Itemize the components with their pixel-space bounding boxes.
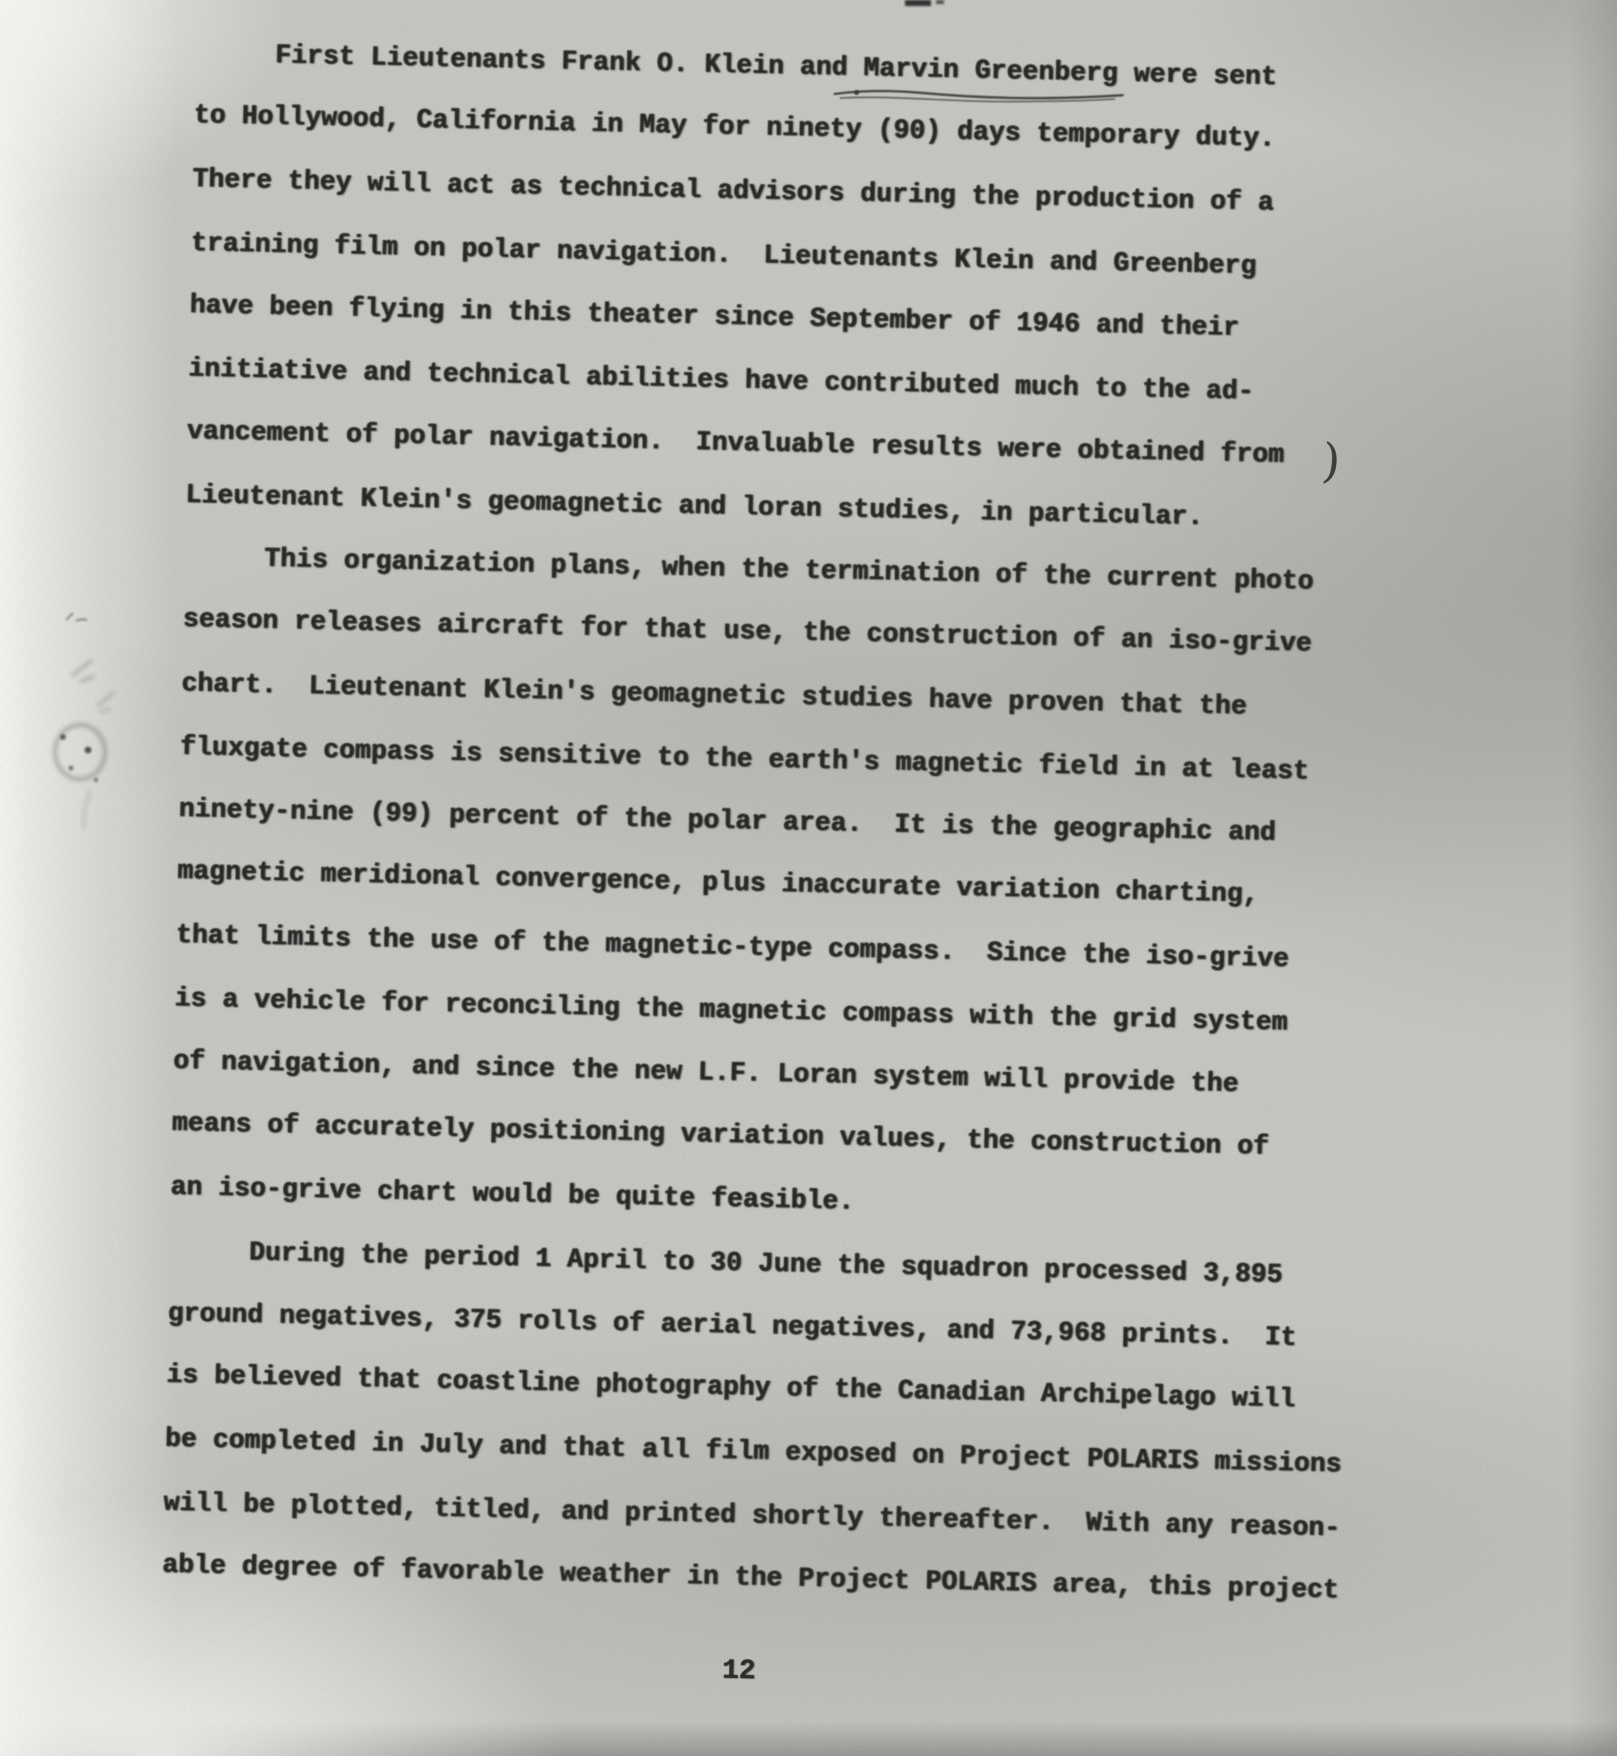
page-number: 12 <box>722 1656 756 1688</box>
typewritten-text: First Lieutenants Frank O. Klein and Mar… <box>162 22 1486 1625</box>
